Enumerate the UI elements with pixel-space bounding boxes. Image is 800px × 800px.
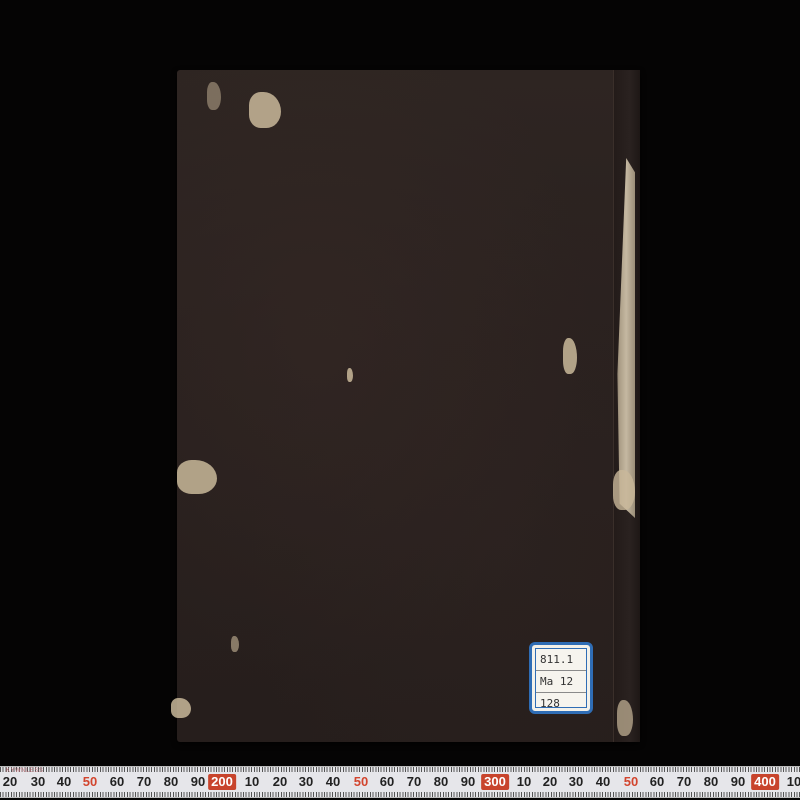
ruler-number: 70 <box>677 774 691 790</box>
ruler-ticks-top <box>0 767 800 772</box>
ruler-number: 80 <box>434 774 448 790</box>
ruler-number: 90 <box>461 774 475 790</box>
ruler-number: 10 <box>787 774 800 790</box>
call-number-author: Ma 12 <box>536 671 586 693</box>
ruler-number: 60 <box>380 774 394 790</box>
cover-damage <box>347 368 353 382</box>
ruler-ticks-bottom <box>0 792 800 797</box>
cover-damage <box>617 700 633 736</box>
ruler-number: 300 <box>481 774 509 790</box>
ruler-number: 30 <box>569 774 583 790</box>
cover-damage <box>231 636 239 652</box>
ruler-number: 400 <box>751 774 779 790</box>
cover-damage <box>563 338 577 374</box>
cover-damage <box>613 470 635 510</box>
ruler-number: 50 <box>624 774 638 790</box>
ruler-number: 20 <box>543 774 557 790</box>
ruler-number: 200 <box>208 774 236 790</box>
ruler-number: 90 <box>731 774 745 790</box>
call-number-label: 811.1 Ma 12 128 <box>529 642 593 714</box>
call-number-class: 811.1 <box>536 649 586 671</box>
ruler-number: 60 <box>650 774 664 790</box>
ruler-number: 30 <box>31 774 45 790</box>
ruler-number: 30 <box>299 774 313 790</box>
ruler-number: 50 <box>354 774 368 790</box>
ruler-number: 50 <box>83 774 97 790</box>
ruler-number: 90 <box>191 774 205 790</box>
ruler-number: 70 <box>407 774 421 790</box>
ruler-number: 10 <box>517 774 531 790</box>
call-number-volume: 128 <box>536 693 586 714</box>
measuring-ruler: KYWNLESS 2030405060708090200102030405060… <box>0 766 800 798</box>
ruler-number: 20 <box>3 774 17 790</box>
ruler-number: 60 <box>110 774 124 790</box>
cover-damage <box>171 698 191 718</box>
ruler-number: 40 <box>57 774 71 790</box>
ruler-number: 80 <box>704 774 718 790</box>
cover-damage <box>249 92 281 128</box>
ruler-number: 70 <box>137 774 151 790</box>
ruler-number: 10 <box>245 774 259 790</box>
ruler-number: 80 <box>164 774 178 790</box>
ruler-number: 20 <box>273 774 287 790</box>
ruler-number: 40 <box>326 774 340 790</box>
cover-damage <box>207 82 221 110</box>
cover-damage <box>177 460 217 494</box>
ruler-number: 40 <box>596 774 610 790</box>
